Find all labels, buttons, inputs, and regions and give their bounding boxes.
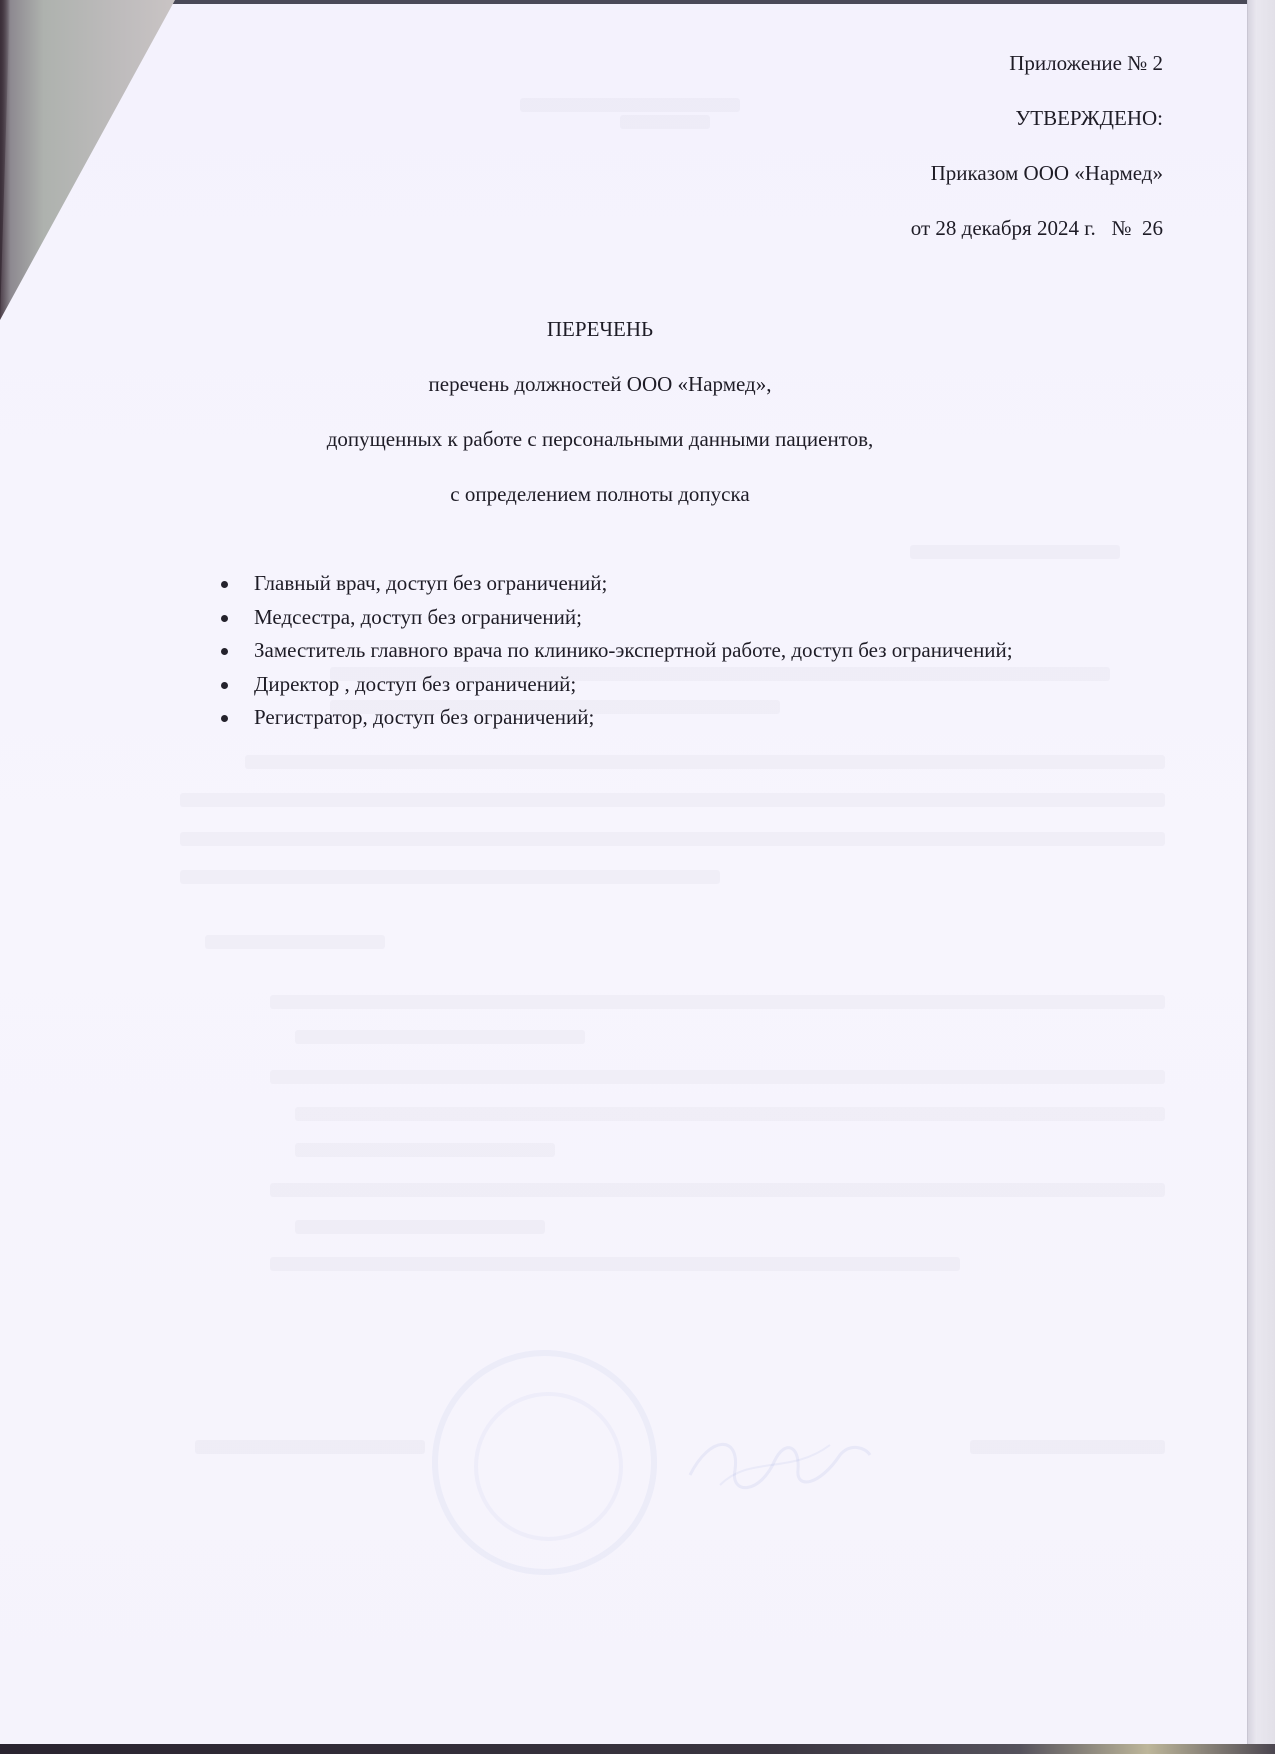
position-text: Главный врач, доступ без ограничений; (254, 571, 607, 595)
bullet-icon (221, 615, 228, 622)
bullet-icon (221, 581, 228, 588)
list-item: Главный врач, доступ без ограничений; (206, 567, 1066, 601)
scanner-edge-right (1247, 0, 1275, 1744)
scanner-edge-bottom (0, 1744, 1275, 1754)
position-text: Регистратор, доступ без ограничений; (254, 705, 594, 729)
order-reference: Приказом ООО «Нармед» (911, 146, 1163, 201)
bullet-icon (221, 715, 228, 722)
positions-list: Главный врач, доступ без ограничений; Ме… (206, 567, 1066, 735)
approval-block: Приложение № 2 УТВЕРЖДЕНО: Приказом ООО … (911, 36, 1163, 256)
document-subtitle-line-1: перечень должностей ООО «Нармед», (0, 357, 1200, 412)
folded-corner (0, 0, 175, 320)
list-item: Заместитель главного врача по клинико-эк… (206, 634, 1066, 668)
document-heading: ПЕРЕЧЕНЬ (0, 302, 1200, 357)
appendix-label: Приложение № 2 (911, 36, 1163, 91)
bullet-icon (221, 682, 228, 689)
position-text: Директор , доступ без ограничений; (254, 672, 576, 696)
position-text: Медсестра, доступ без ограничений; (254, 605, 582, 629)
list-item: Медсестра, доступ без ограничений; (206, 601, 1066, 635)
signature-show-through (680, 1425, 880, 1505)
position-text: Заместитель главного врача по клинико-эк… (254, 638, 1013, 662)
order-date-number: от 28 декабря 2024 г. № 26 (911, 201, 1163, 256)
document-title-block: ПЕРЕЧЕНЬ перечень должностей ООО «Нармед… (0, 302, 1275, 522)
scanned-page: Приложение № 2 УТВЕРЖДЕНО: Приказом ООО … (0, 0, 1275, 1754)
bullet-icon (221, 648, 228, 655)
list-item: Директор , доступ без ограничений; (206, 668, 1066, 702)
document-subtitle-line-3: с определением полноты допуска (0, 467, 1200, 522)
approved-label: УТВЕРЖДЕНО: (911, 91, 1163, 146)
stamp-show-through (432, 1350, 657, 1575)
scanner-edge-top (168, 0, 1248, 4)
document-subtitle-line-2: допущенных к работе с персональными данн… (0, 412, 1200, 467)
list-item: Регистратор, доступ без ограничений; (206, 701, 1066, 735)
